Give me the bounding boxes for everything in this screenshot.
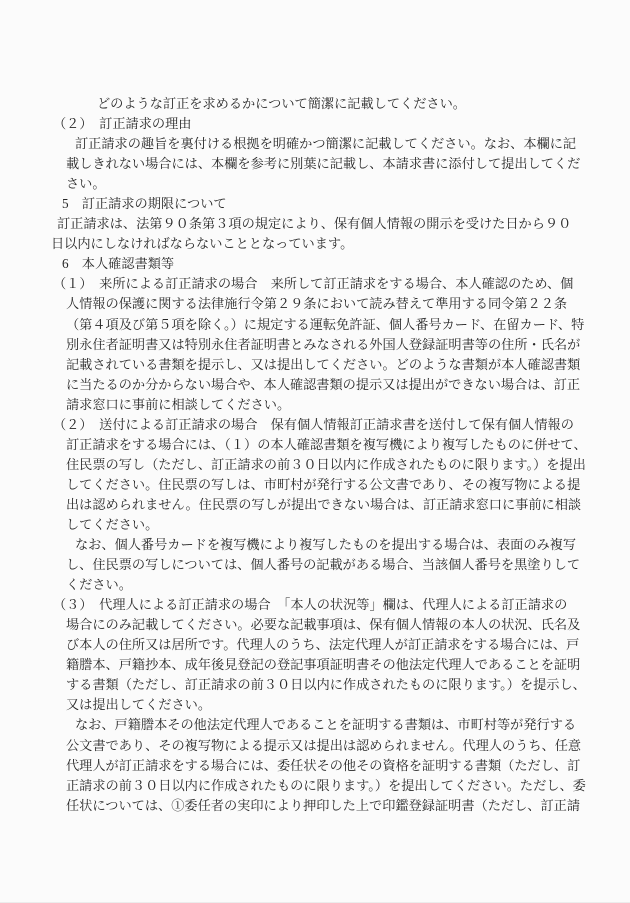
text-line: 任状については、①委任者の実印により押印した上で印鑑登録証明書（ただし、訂正請	[51, 796, 581, 816]
text-line: （３） 代理人による訂正請求の場合 「本人の状況等」欄は、代理人による訂正請求の	[51, 595, 581, 615]
text-line: してください。住民票の写しは、市町村が発行する公文書であり、その複写物による提	[51, 475, 581, 495]
text-line: 出は認められません。住民票の写しが提出できない場合は、訂正請求窓口に事前に相談	[51, 495, 581, 515]
text-line: に当たるのか分からない場合や、本人確認書類の提示又は提出ができない場合は、訂正	[51, 375, 581, 395]
text-line: 場合にのみ記載してください。必要な記載事項は、保有個人情報の本人の状況、氏名及	[51, 615, 581, 635]
document-text: どのような訂正を求めるかについて簡潔に記載してください。（２） 訂正請求の理由訂…	[51, 94, 581, 816]
text-line: 日以内にしなければならないこととなっています。	[51, 234, 581, 254]
text-line: 訂正請求の趣旨を裏付ける根拠を明確かつ簡潔に記載してください。なお、本欄に記	[51, 134, 581, 154]
text-line: 正請求の前３０日以内に作成されたものに限ります。）を提出してください。ただし、委	[51, 776, 581, 796]
text-line: なお、戸籍謄本その他法定代理人であることを証明する書類は、市町村等が発行する	[51, 715, 581, 735]
text-line: してください。	[51, 515, 581, 535]
text-line: 人情報の保護に関する法律施行令第２９条において読み替えて準用する同令第２２条	[51, 294, 581, 314]
text-line: （１） 来所による訂正請求の場合 来所して訂正請求をする場合、本人確認のため、個	[51, 274, 581, 294]
text-line: どのような訂正を求めるかについて簡潔に記載してください。	[51, 94, 581, 114]
text-line: 6 本人確認書類等	[51, 254, 581, 274]
text-line: 記載されている書類を提示し、又は提出してください。どのような書類が本人確認書類	[51, 355, 581, 375]
text-line: 公文書であり、その複写物による提示又は提出は認められません。代理人のうち、任意	[51, 736, 581, 756]
text-line: 載しきれない場合には、本欄を参考に別葉に記載し、本請求書に添付して提出してくだ	[51, 154, 581, 174]
text-line: 訂正請求は、法第９０条第３項の規定により、保有個人情報の開示を受けた日から９０	[51, 214, 581, 234]
document-page: どのような訂正を求めるかについて簡潔に記載してください。（２） 訂正請求の理由訂…	[0, 0, 630, 903]
text-line: （第４項及び第５項を除く。）に規定する運転免許証、個人番号カード、在留カード、特	[51, 315, 581, 335]
text-line: （２） 訂正請求の理由	[51, 114, 581, 134]
text-line: 又は提出してください。	[51, 695, 581, 715]
text-line: び本人の住所又は居所です。代理人のうち、法定代理人が訂正請求をする場合には、戸	[51, 635, 581, 655]
text-line: 住民票の写し（ただし、訂正請求の前３０日以内に作成されたものに限ります。）を提出	[51, 455, 581, 475]
text-line: 籍謄本、戸籍抄本、成年後見登記の登記事項証明書その他法定代理人であることを証明	[51, 655, 581, 675]
text-line: 5 訂正請求の期限について	[51, 194, 581, 214]
text-line: する書類（ただし、訂正請求の前３０日以内に作成されたものに限ります。）を提示し、	[51, 675, 581, 695]
text-line: 訂正請求をする場合には、（１）の本人確認書類を複写機により複写したものに併せて、	[51, 435, 581, 455]
text-line: 請求窓口に事前に相談してください。	[51, 395, 581, 415]
text-line: し、住民票の写しについては、個人番号の記載がある場合、当該個人番号を黒塗りして	[51, 555, 581, 575]
text-line: さい。	[51, 174, 581, 194]
text-line: 別永住者証明書又は特別永住者証明書とみなされる外国人登録証明書等の住所・氏名が	[51, 335, 581, 355]
text-line: なお、個人番号カードを複写機により複写したものを提出する場合は、表面のみ複写	[51, 535, 581, 555]
text-line: 代理人が訂正請求をする場合には、委任状その他その資格を証明する書類（ただし、訂	[51, 756, 581, 776]
text-line: ください。	[51, 575, 581, 595]
text-line: （２） 送付による訂正請求の場合 保有個人情報訂正請求書を送付して保有個人情報の	[51, 415, 581, 435]
